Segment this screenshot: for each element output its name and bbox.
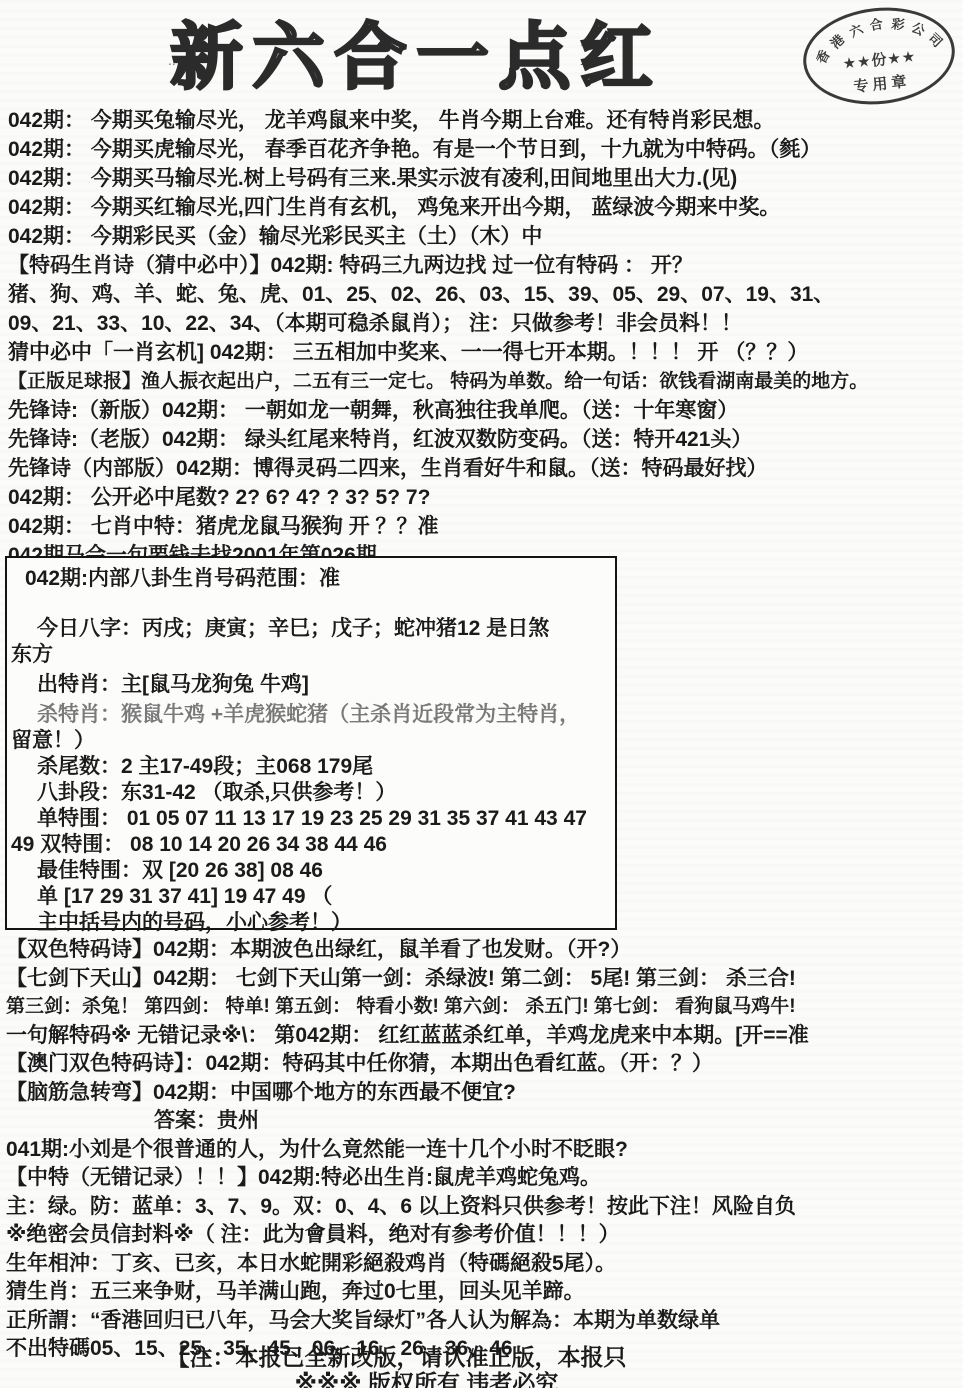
newspaper-sheet: 新六合一点红 .. 香 港 六 合 彩 公 司 ★★份★★ 专用章 042期： … (0, 0, 963, 1388)
pioneer-poem-new: 先锋诗:（新版）042期： 一朝如龙一朝舞，秋高独往我单爬。（送：十年寒窗） (8, 396, 960, 425)
scan-noise-dots: .. (168, 52, 176, 68)
bagua-line-kill-zodiac: 杀特肖：猴鼠牛鸡 +羊虎猴蛇猪（主杀肖近段常为主特肖， (11, 702, 611, 728)
one-sentence-special: 一句解特码※ 无错记录※\： 第042期： 红红蓝蓝杀红单，羊鸡龙虎来中本期。[… (6, 1022, 960, 1051)
saying-line: 正所謂：“香港回归已八年，马会大奖旨绿灯”各人认为解為：本期为单数绿单 (6, 1307, 960, 1336)
tip-line: 猜中必中「一肖玄机] 042期： 三五相加中奖来、一一得七开本期。！！！ 开 （… (8, 338, 960, 367)
zodiac-number-list: 猪、狗、鸡、羊、蛇、兔、虎、01、25、02、26、03、15、39、05、29… (8, 280, 960, 309)
bagua-line-best-range: 最佳特围：双 [20 26 38] 08 46 (11, 858, 611, 884)
zodiac-poem-header: 【特码生肖诗（猜中必中）】042期: 特码三九两边找 过一位有特码 ： 开？ (8, 251, 960, 280)
zodiac-number-list: 09、21、33、10、22、34、（本期可稳杀鼠肖）； 注：只做参考！非会员料… (8, 309, 960, 338)
tip-line: 042期： 今期彩民买（金）输尽光彩民买主（土）（木）中 (8, 222, 960, 251)
seven-zodiac-line: 042期： 七肖中特：猪虎龙鼠马猴狗 开 ？？准 (8, 512, 960, 541)
page-title: 新六合一点红 (170, 18, 662, 98)
bagua-box-header: 042期:内部八卦生肖号码范围：准 (11, 566, 611, 592)
bagua-line-odd-bracket: 单 [17 29 31 37 41] 19 47 49 （ (11, 884, 611, 910)
footer-notice: 【注：本报已全新改版，请认准正版，本报只 (0, 1344, 963, 1370)
stamp-ring-char: 六 (846, 18, 866, 41)
seven-swords-line2: 第三剑：杀兔！ 第四剑： 特单! 第五剑： 特看小数! 第六剑： 杀五门! 第七… (6, 993, 960, 1022)
bagua-line-bazi-wrap: 东方 (11, 642, 611, 668)
tail-number-line: 042期： 公开必中尾数? 2? 6? 4? ? 3? 5? 7? (8, 483, 960, 512)
bagua-line-section: 八卦段：东31-42 （取杀,只供参考！） (11, 780, 611, 806)
stamp-ring-char: 合 (868, 13, 884, 34)
macau-two-color-poem: 【澳门双色特码诗】：042期：特码其中任你猜，本期出色看红蓝。（开：？） (6, 1050, 960, 1079)
bagua-line-kill-tail: 杀尾数：2 主17-49段；主068 179尾 (11, 754, 611, 780)
stamp-ring-char: 公 (909, 17, 929, 40)
footer-copyright: ※※※ 版权所有 违者必究 (0, 1370, 963, 1388)
brain-teaser-question: 【脑筋急转弯】042期：中国哪个地方的东西最不便宜? (6, 1079, 960, 1108)
footer: 【注：本报已全新改版，请认准正版，本报只 ※※※ 版权所有 违者必究 (0, 1344, 963, 1388)
bagua-line-odd-range: 单特围： 01 05 07 11 13 17 19 23 25 29 31 35… (11, 806, 611, 832)
soccer-paper-line: 【正版足球报】渔人振衣起出户，二五有三一定七。 特码为单数。给一句话：欲钱看湖南… (8, 367, 960, 396)
bagua-range-box: 042期:内部八卦生肖号码范围：准 今日八字：丙戌；庚寅；辛巳；戊子；蛇冲猪12… (5, 556, 617, 930)
prev-issue-teaser: 041期:小刘是个很普通的人，为什么竟然能一连十几个小时不眨眼? (6, 1136, 960, 1165)
member-envelope-line: ※绝密会员信封料※（ 注：此为會員料，绝对有参考价值！！！） (6, 1221, 960, 1250)
guess-zodiac-line: 猜生肖：五三来争财，马羊满山跑，奔过0七里，回头见羊蹄。 (6, 1278, 960, 1307)
tip-line: 042期： 今期买兔输尽光， 龙羊鸡鼠来中奖， 牛肖今期上台难。还有特肖彩民想。 (8, 106, 960, 135)
bagua-line-kill-zodiac-wrap: 留意！） (11, 728, 611, 754)
bagua-line-note: 主中括号内的号码，小心参考！） (11, 910, 611, 936)
seven-swords-line1: 【七剑下天山】042期： 七剑下天山第一剑：杀绿波! 第二剑： 5尾! 第三剑：… (6, 965, 960, 994)
tip-line: 042期： 今期买虎输尽光， 春季百花齐争艳。有是一个节日到，十九就为中特码。（… (8, 135, 960, 164)
main-guard-line: 主：绿。防：蓝单：3、7、9。双：0、4、6 以上资料只供参考！按此下注！风险自… (6, 1193, 960, 1222)
pioneer-poem-old: 先锋诗:（老版）042期： 绿头红尾来特肖，红波双数防变码。（送：特开421头） (8, 425, 960, 454)
zhongte-record-line: 【中特（无错记录）！！】042期:特必出生肖:鼠虎羊鸡蛇兔鸡。 (6, 1164, 960, 1193)
tip-line: 042期： 今期买红输尽光,四门生肖有玄机， 鸡兔来开出今期， 蓝绿波今期来中奖… (8, 193, 960, 222)
bottom-section: 【双色特码诗】042期：本期波色出绿红，鼠羊看了也发财。（开?） 【七剑下天山】… (6, 936, 960, 1364)
bagua-line-even-range: 49 双特围： 08 10 14 20 26 34 38 44 46 (11, 832, 611, 858)
pioneer-poem-internal: 先锋诗（内部版）042期：博得灵码二四来，生肖看好牛和鼠。（送：特码最好找） (8, 454, 960, 483)
stamp-ring-char: 港 (825, 29, 848, 52)
bagua-line-out-zodiac: 出特肖：主[鼠马龙狗兔 牛鸡] (11, 672, 611, 698)
tips-section: 042期： 今期买兔输尽光， 龙羊鸡鼠来中奖， 牛肖今期上台难。还有特肖彩民想。… (8, 106, 960, 570)
birth-year-clash-line: 生年相沖：丁亥、已亥，本日水蛇開彩絕殺鸡肖（特碼絕殺5尾）。 (6, 1250, 960, 1279)
two-color-poem: 【双色特码诗】042期：本期波色出绿红，鼠羊看了也发财。（开?） (6, 936, 960, 965)
bagua-line-bazi: 今日八字：丙戌；庚寅；辛巳；戊子；蛇冲猪12 是日煞 (11, 616, 611, 642)
brain-teaser-answer: 答案：贵州 (6, 1107, 960, 1136)
stamp-ring-char: 彩 (890, 13, 906, 34)
tip-line: 042期： 今期买马输尽光.树上号码有三来.果实示波有凌利,田间地里出大力.(见… (8, 164, 960, 193)
